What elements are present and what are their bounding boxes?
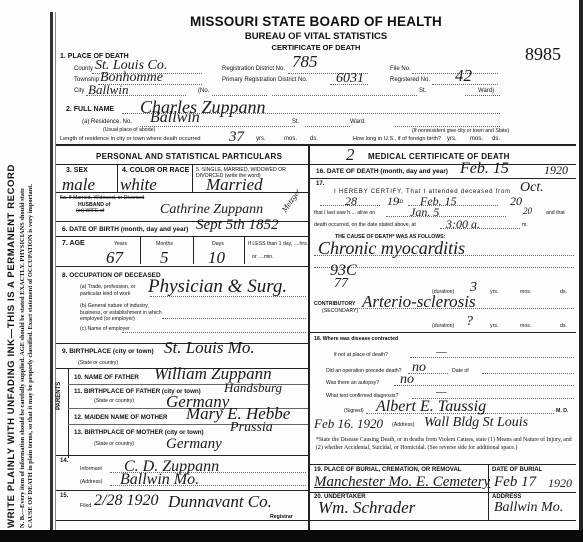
registrar-value: Dunnavant Co.: [168, 492, 272, 512]
margin-rule: [50, 12, 53, 530]
informant-address-label: (Address): [80, 479, 103, 485]
death-certificate: WRITE PLAINLY WITH UNFADING INK—THIS IS …: [0, 0, 583, 542]
cause-mos-label: mos.: [520, 289, 531, 295]
certificate-number: 8985: [525, 44, 561, 65]
less-than-min-label: or ....min.: [252, 254, 274, 260]
burial-date-label: DATE OF BURIAL: [492, 467, 542, 473]
primary-registration-label: Primary Registration District No.: [222, 77, 307, 83]
operation-value: no: [412, 360, 426, 376]
mother-birthplace-label: 13. BIRTHPLACE OF MOTHER (city or town): [74, 429, 204, 436]
us-ds-label: ds.: [492, 136, 500, 142]
birthplace-state-label: (State or country): [78, 360, 118, 366]
file-no-label: File No.: [390, 66, 411, 72]
age-years-value: 67: [106, 248, 123, 268]
where-contracted-label: 18. Where was disease contracted: [314, 336, 398, 342]
mother-bp-state-label: (State or country): [94, 441, 134, 447]
contributory-value: Arterio-sclerosis: [362, 292, 476, 312]
autopsy-label: Was there an autopsy?: [326, 380, 379, 386]
contributory-label: CONTRIBUTORY: [314, 301, 356, 307]
contrib-ds-label: ds.: [560, 323, 567, 329]
physician-signature: Albert E. Taussig: [376, 398, 486, 416]
how-long-us-label: How long in U.S., if of foreign birth?: [353, 136, 441, 142]
informant-label: Informant: [80, 466, 102, 472]
contributory-duration-label: (duration): [432, 323, 454, 329]
mother-name-label: 12. MAIDEN NAME OF MOTHER: [74, 414, 168, 421]
spouse-value: Cathrine Zuppann: [160, 202, 263, 218]
margin-rule-thin: [55, 12, 56, 530]
occupation-b-label: (b) General nature of industry, business…: [80, 303, 162, 323]
death-time-m: m.: [522, 222, 528, 228]
last-saw-value: Jan. 5: [410, 205, 439, 220]
signed-label: (Signed): [344, 408, 364, 414]
dob-label: 6. DATE OF BIRTH (month, day and year): [62, 226, 188, 233]
if-not-at-place-value: —: [436, 344, 447, 359]
undertaker-address-value: Ballwin Mo.: [494, 500, 563, 516]
filed-number: 15.: [60, 493, 68, 499]
city-value: Ballwin: [88, 82, 128, 98]
full-name-label: 2. FULL NAME: [66, 106, 114, 113]
cause-ds-label: ds.: [560, 289, 567, 295]
burial-place-label: 19. PLACE OF BURIAL, CREMATION, OR REMOV…: [314, 467, 461, 473]
age-days-label: Days: [212, 241, 224, 247]
number-label: (No.: [198, 88, 209, 94]
us-yrs-label: yrs.: [447, 136, 457, 142]
operation-label: Did an operation precede death?: [326, 368, 402, 374]
father-birthplace-city: Handsburg: [224, 380, 282, 396]
informant-number: 14.: [60, 458, 68, 464]
registered-no-value: 42: [455, 66, 472, 86]
filed-label: Filed: [80, 503, 91, 509]
form-name: CERTIFICATE OF DEATH: [56, 43, 576, 52]
date-of-death-label: 16. DATE OF DEATH (month, day and year): [316, 168, 448, 175]
filed-date-value: 2/28 1920: [94, 492, 158, 510]
parents-label: PARENTS: [56, 382, 62, 410]
footnote: *State the Disease Causing Death, or in …: [316, 437, 572, 452]
cause-yrs-label: yrs.: [490, 289, 498, 295]
date-of-death-year: 1920: [544, 163, 568, 178]
mother-birthplace-country: Germany: [166, 436, 222, 453]
length-ds-label: ds.: [310, 136, 318, 142]
side-note-line2: N. B.—Every item of information should b…: [19, 188, 26, 528]
attended-from-day: 28: [345, 194, 357, 209]
autopsy-value: no: [400, 372, 414, 388]
cause-code-2: 77: [334, 276, 348, 292]
burial-year-value: 1920: [548, 476, 572, 491]
age-months-label: Months: [156, 241, 173, 247]
county-label: County: [74, 66, 93, 72]
residence-label: (a) Residence. No.: [82, 119, 132, 125]
father-bp-state-label: (State or country): [94, 398, 134, 404]
spouse-5a-label: 5a. If Married, Widowed, or Divorced: [60, 195, 144, 201]
attended-to-year: 20: [510, 194, 522, 209]
test-confirmed-value: —: [436, 384, 447, 399]
length-mos-label: mos.: [284, 136, 297, 142]
signed-date-value: Feb 16. 1920: [314, 416, 383, 432]
physician-address-label: (Address): [392, 422, 415, 428]
registered-no-label: Registered No.: [390, 77, 430, 83]
birthplace-label: 9. BIRTHPLACE (city or town): [62, 348, 154, 355]
death-time-value: 3:00 a.: [446, 217, 480, 232]
if-not-at-place-label: if not at place of death?: [334, 352, 388, 358]
occupation-a-value: Physician & Surg.: [148, 276, 287, 298]
birthplace-value: St. Louis Mo.: [164, 338, 255, 358]
length-of-residence-label: Length of residence in city or town wher…: [60, 136, 201, 142]
ward-label: Ward): [478, 88, 494, 94]
date-of-death-value: Feb. 15: [460, 160, 509, 178]
length-yrs-label: yrs.: [256, 136, 266, 142]
wife-of-label: (or) WIFE of: [76, 208, 104, 214]
occupation-label: 8. OCCUPATION OF DECEASED: [62, 272, 161, 279]
document-title: MISSOURI STATE BOARD OF HEALTH: [56, 14, 576, 29]
undertaker-value: Wm. Schrader: [318, 498, 415, 518]
residence-street-label: St.: [292, 119, 299, 125]
nonresident-note: (If nonresident give city or town and St…: [412, 128, 509, 134]
last-saw-label: that I last saw h ... alive on: [314, 210, 375, 216]
md-label: M. D.: [556, 408, 568, 414]
burial-place-value: Manchester Mo. E. Cemetery: [314, 474, 490, 491]
personal-section-title: PERSONAL AND STATISTICAL PARTICULARS: [96, 152, 282, 161]
usual-place-note: (Usual place of abode): [103, 127, 155, 133]
age-months-value: 5: [160, 248, 169, 268]
contrib-yrs-label: yrs.: [490, 323, 498, 329]
scan-edge-bottom: [0, 530, 583, 542]
section-mark: 2: [346, 145, 355, 165]
race-label: 4. COLOR OR RACE: [122, 167, 189, 174]
side-note-permanent-record: WRITE PLAINLY WITH UNFADING INK—THIS IS …: [6, 164, 17, 528]
side-note-line3: CAUSE OF DEATH in plain terms, so that i…: [27, 184, 34, 528]
primary-registration-value: 6031: [336, 71, 364, 87]
street-label: St.: [419, 88, 426, 94]
date-of-label: Date of: [452, 368, 469, 374]
last-saw-year: 20: [523, 206, 532, 216]
registration-district-value: 785: [292, 52, 318, 72]
contributory-duration-value: ?: [466, 314, 473, 330]
sex-label: 3. SEX: [66, 167, 88, 174]
dob-value: Sept 5th 1852: [196, 217, 279, 234]
death-occurred-label: death occurred, on the date stated above…: [314, 222, 416, 228]
informant-address-value: Ballwin Mo.: [120, 471, 199, 489]
age-years-label: Years: [114, 241, 127, 247]
age-label: 7. AGE: [62, 240, 85, 247]
burial-date-value: Feb 17: [494, 474, 536, 491]
mother-birthplace-city: Prussia: [230, 420, 273, 436]
certify-number: 17.: [316, 181, 324, 187]
scan-edge-right: [579, 0, 583, 530]
less-than-day-label: If LESS than 1 day, ....hrs.: [248, 241, 308, 247]
document-subtitle: BUREAU OF VITAL STATISTICS: [56, 31, 576, 42]
city-label: City: [74, 88, 84, 94]
contrib-mos-label: mos.: [520, 323, 531, 329]
age-days-value: 10: [208, 248, 225, 268]
us-mos-label: mos.: [470, 136, 483, 142]
side-notes: WRITE PLAINLY WITH UNFADING INK—THIS IS …: [0, 50, 40, 530]
father-name-label: 10. NAME OF FATHER: [74, 374, 139, 381]
physician-address-value: Wall Bldg St Louis: [424, 415, 528, 431]
attended-from-value: Oct.: [520, 180, 544, 196]
to-label: to: [398, 199, 403, 205]
residence-value: Ballwin: [150, 109, 200, 127]
registration-district-label: Registration District No.: [222, 66, 285, 72]
and-that-label: and that: [546, 210, 565, 216]
occupation-a-label: (a) Trade, profession, or particular kin…: [80, 284, 152, 297]
residence-ward-label: Ward.: [350, 119, 366, 125]
